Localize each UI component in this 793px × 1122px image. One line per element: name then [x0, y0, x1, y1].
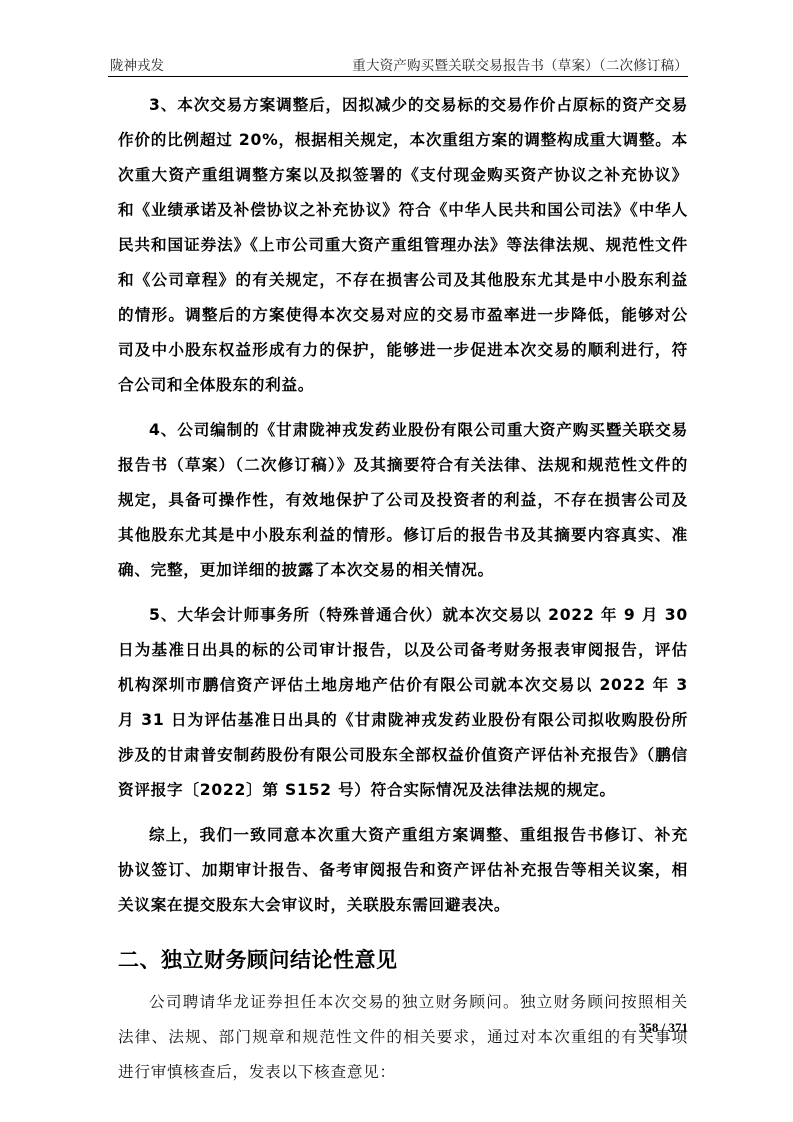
paragraph-summary: 综上，我们一致同意本次重大资产重组方案调整、重组报告书修订、补充协议签订、加期审… — [118, 818, 688, 923]
paragraph-item-4: 4、公司编制的《甘肃陇神戎发药业股份有限公司重大资产购买暨关联交易报告书（草案）… — [118, 413, 688, 588]
paragraph-item-5: 5、大华会计师事务所（特殊普通合伙）就本次交易以 2022 年 9 月 30 日… — [118, 598, 688, 808]
header-document-title: 重大资产购买暨关联交易报告书（草案）（二次修订稿） — [352, 54, 688, 74]
page-header: 陇神戎发 重大资产购买暨关联交易报告书（草案）（二次修订稿） — [108, 52, 688, 77]
section-heading: 二、独立财务顾问结论性意见 — [118, 945, 688, 975]
page-content: 3、本次交易方案调整后，因拟减少的交易标的交易作价占原标的资产交易作价的比例超过… — [118, 88, 688, 1090]
section-body-paragraph: 公司聘请华龙证券担任本次交易的独立财务顾问。独立财务顾问按照相关法律、法规、部门… — [118, 985, 688, 1090]
page-number: 358 / 371 — [639, 1020, 688, 1036]
paragraph-item-3: 3、本次交易方案调整后，因拟减少的交易标的交易作价占原标的资产交易作价的比例超过… — [118, 88, 688, 403]
header-company-name: 陇神戎发 — [110, 54, 164, 74]
